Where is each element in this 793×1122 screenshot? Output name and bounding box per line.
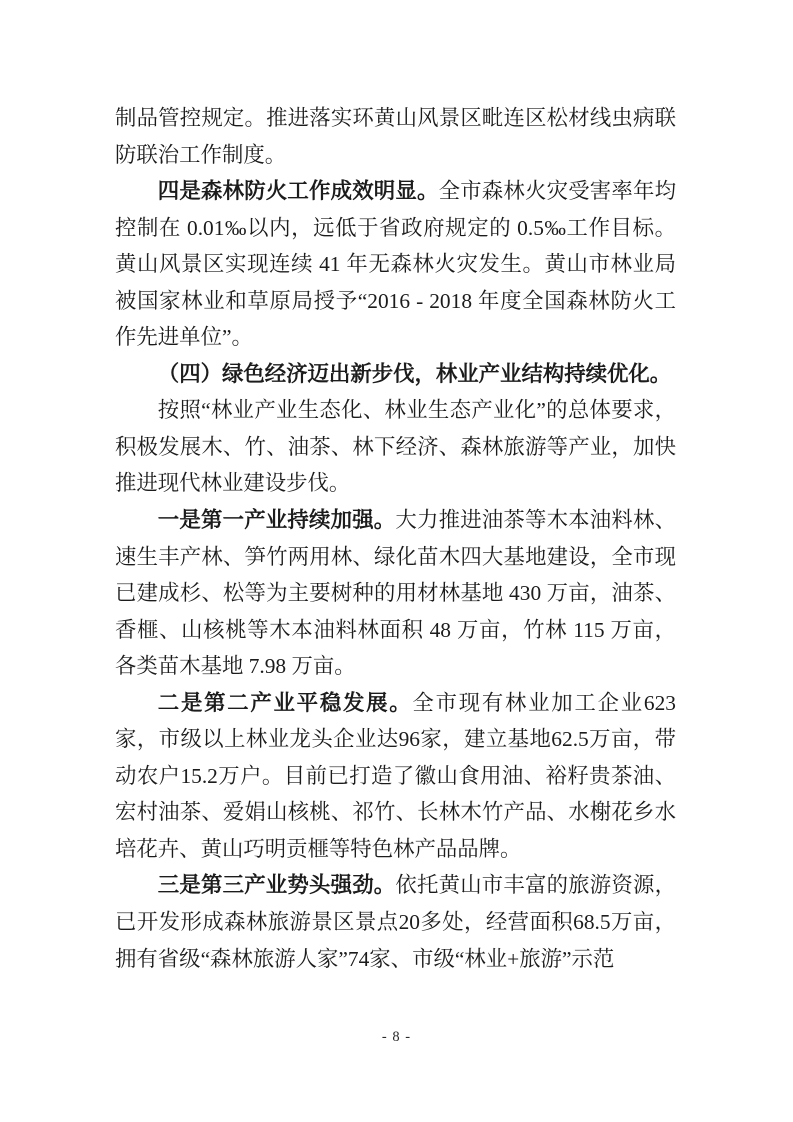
paragraph-lead: 一是第一产业持续加强。 bbox=[158, 508, 396, 532]
document-body: 制品管控规定。推进落实环黄山风景区毗连区松材线虫病联防联治工作制度。四是森林防火… bbox=[115, 100, 676, 977]
paragraph-text: 按照“林业产业生态化、林业生态产业化”的总体要求，积极发展木、竹、油茶、林下经济… bbox=[115, 398, 676, 495]
paragraph-text: 全市现有林业加工企业623家，市级以上林业龙头企业达96家，建立基地62.5万亩… bbox=[115, 691, 676, 861]
section-heading: （四）绿色经济迈出新步伐，林业产业结构持续优化。 bbox=[115, 356, 676, 393]
paragraph-lead: 二是第二产业平稳发展。 bbox=[158, 691, 413, 715]
paragraph-lead: 三是第三产业势头强劲。 bbox=[158, 873, 396, 897]
paragraph: 制品管控规定。推进落实环黄山风景区毗连区松材线虫病联防联治工作制度。 bbox=[115, 100, 676, 173]
document-page: 制品管控规定。推进落实环黄山风景区毗连区松材线虫病联防联治工作制度。四是森林防火… bbox=[0, 0, 793, 1122]
paragraph: 四是森林防火工作成效明显。全市森林火灾受害率年均控制在 0.01‰以内，远低于省… bbox=[115, 173, 676, 356]
paragraph: 一是第一产业持续加强。大力推进油茶等木本油料林、速生丰产林、笋竹两用林、绿化苗木… bbox=[115, 502, 676, 685]
paragraph-text: 全市森林火灾受害率年均控制在 0.01‰以内，远低于省政府规定的 0.5‰工作目… bbox=[115, 179, 676, 349]
paragraph-lead: 四是森林防火工作成效明显。 bbox=[158, 179, 439, 203]
paragraph-text: 大力推进油茶等木本油料林、速生丰产林、笋竹两用林、绿化苗木四大基地建设，全市现已… bbox=[115, 508, 676, 678]
paragraph: 二是第二产业平稳发展。全市现有林业加工企业623家，市级以上林业龙头企业达96家… bbox=[115, 685, 676, 868]
page-footer: - 8 - bbox=[0, 1028, 793, 1046]
paragraph-text: 制品管控规定。推进落实环黄山风景区毗连区松材线虫病联防联治工作制度。 bbox=[115, 106, 676, 167]
page-number: - 8 - bbox=[382, 1029, 411, 1045]
paragraph: 按照“林业产业生态化、林业生态产业化”的总体要求，积极发展木、竹、油茶、林下经济… bbox=[115, 392, 676, 502]
paragraph: 三是第三产业势头强劲。依托黄山市丰富的旅游资源，已开发形成森林旅游景区景点20多… bbox=[115, 867, 676, 977]
paragraph-lead: （四）绿色经济迈出新步伐，林业产业结构持续优化。 bbox=[158, 362, 671, 386]
